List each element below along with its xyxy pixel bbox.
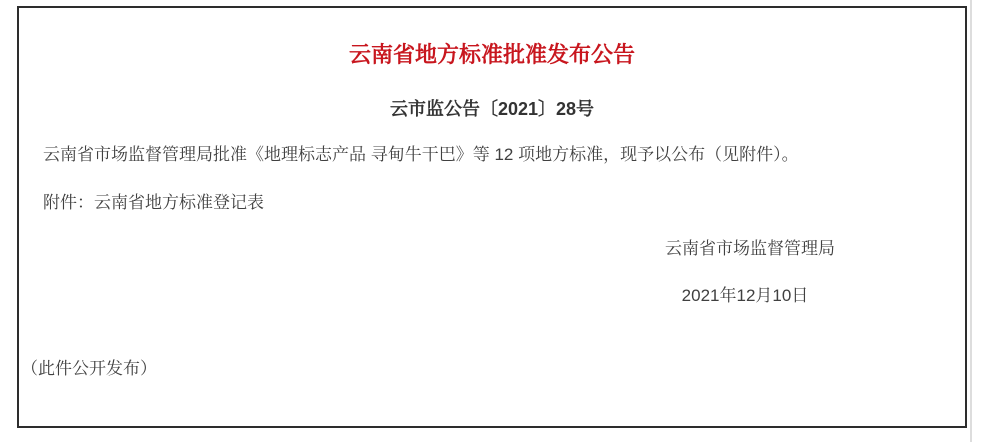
doc-number: 云市监公告〔2021〕28号 bbox=[19, 99, 965, 119]
public-release-note: （此件公开发布） bbox=[21, 358, 157, 380]
body-paragraph: 云南省市场监督管理局批准《地理标志产品 寻甸牛干巴》等 12 项地方标准，现予以… bbox=[43, 144, 943, 166]
page-title: 云南省地方标准批准发布公告 bbox=[19, 43, 965, 67]
announcement-page: { "document": { "title": "云南省地方标准批准发布公告"… bbox=[0, 0, 984, 442]
document-border bbox=[17, 6, 967, 428]
attachment-line: 附件：云南省地方标准登记表 bbox=[43, 192, 264, 214]
issuer-signature: 云南省市场监督管理局 bbox=[665, 238, 835, 260]
page-edge-line bbox=[970, 0, 972, 442]
issue-date: 2021年12月10日 bbox=[682, 285, 809, 307]
